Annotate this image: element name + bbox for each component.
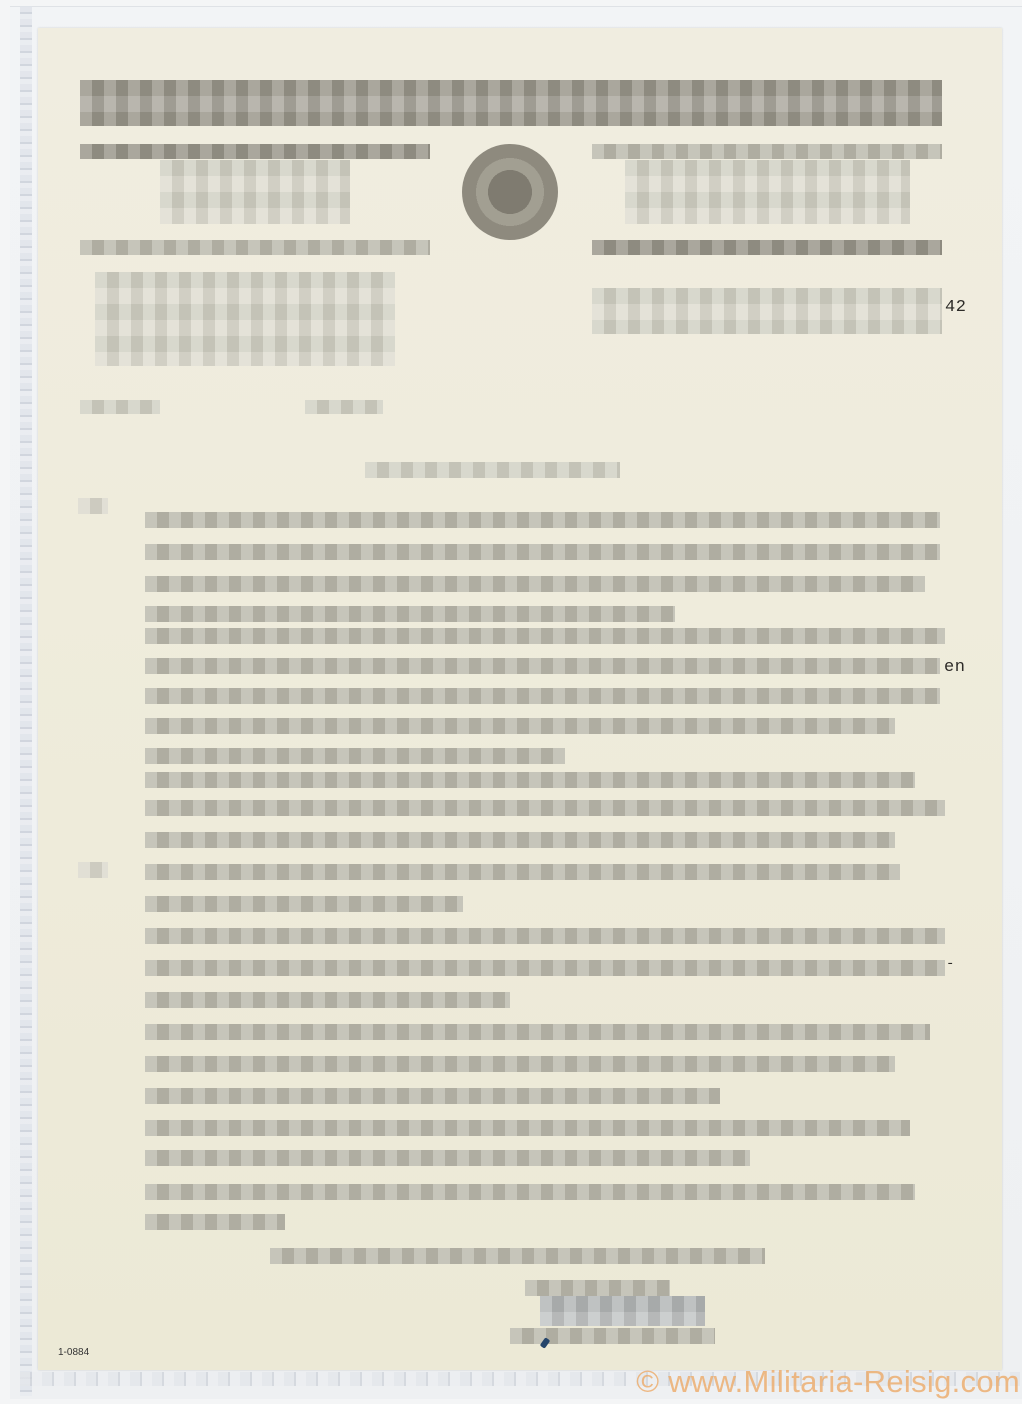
body-line <box>145 688 940 704</box>
letterhead-title <box>80 80 942 126</box>
body-line <box>145 992 510 1008</box>
body-line <box>145 864 900 880</box>
line-overhang-fragment: en <box>944 658 965 677</box>
letterhead-right-text <box>625 160 910 224</box>
form-number: 1-0884 <box>58 1347 89 1358</box>
body-line <box>145 772 915 788</box>
body-line <box>145 1120 910 1136</box>
body-line <box>145 896 463 912</box>
body-line <box>145 576 925 592</box>
subject-line <box>365 462 620 478</box>
signature <box>540 1296 705 1326</box>
emblem-icon <box>462 144 558 240</box>
body-line <box>145 606 675 622</box>
letterhead-left-rule-bottom <box>80 240 430 255</box>
letterhead-left-text <box>160 160 350 224</box>
closing-line <box>270 1248 765 1264</box>
reference-label-2 <box>305 400 383 414</box>
body-line <box>145 718 895 734</box>
place-date <box>592 288 942 334</box>
body-line <box>145 544 940 560</box>
reference-label-1 <box>80 400 160 414</box>
body-line <box>145 1024 930 1040</box>
letterhead-left-rule-top <box>80 144 430 159</box>
body-line <box>145 928 945 944</box>
body-line <box>145 748 565 764</box>
watermark: © www.Militaria-Reisig.com <box>636 1364 1020 1400</box>
body-line <box>145 1088 720 1104</box>
sender-address <box>95 272 395 366</box>
hyphen-overhang-fragment: - <box>946 956 955 972</box>
body-line <box>145 1056 895 1072</box>
body-line <box>145 1214 285 1230</box>
body-line <box>145 1150 750 1166</box>
letterhead-right-rule-top <box>592 144 942 159</box>
body-line <box>145 628 945 644</box>
body-line <box>145 832 895 848</box>
letterhead-right-rule-bottom <box>592 240 942 255</box>
body-line <box>145 512 940 528</box>
body-line <box>145 658 940 674</box>
signature-title <box>525 1280 670 1296</box>
margin-mark <box>78 862 108 878</box>
body-line <box>145 960 945 976</box>
margin-mark <box>78 498 108 514</box>
body-line <box>145 800 945 816</box>
body-line <box>145 1184 915 1200</box>
sleeve-perforated-edge <box>20 6 32 1396</box>
date-year-fragment: 42 <box>945 298 966 317</box>
